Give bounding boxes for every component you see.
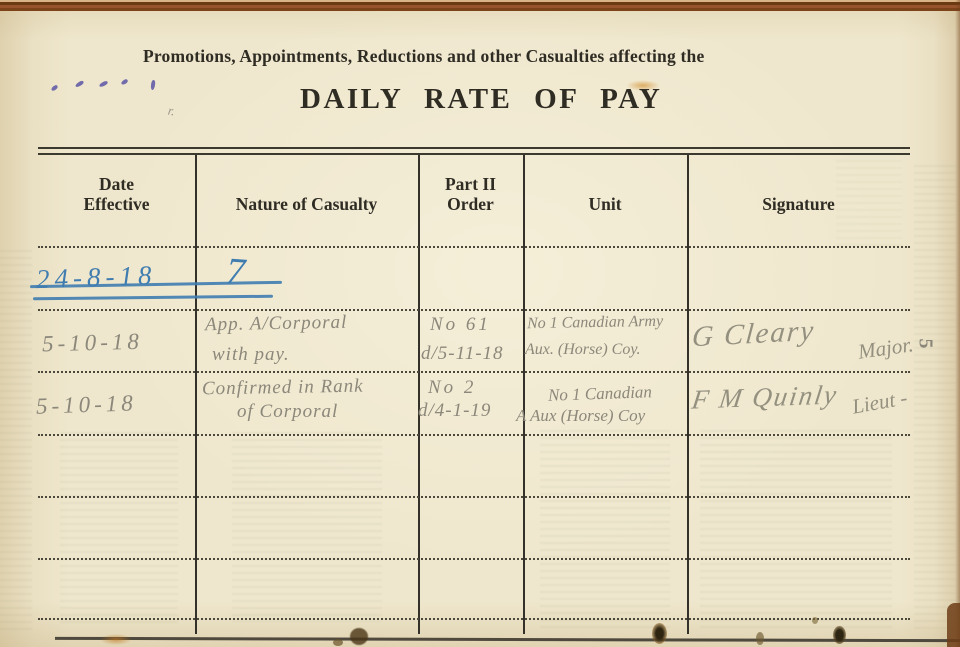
entry-nature-line1: App. A/Corporal bbox=[205, 312, 348, 336]
bleed-through-texture bbox=[700, 430, 892, 628]
table-vertical-rule bbox=[687, 155, 689, 634]
bleed-through-texture bbox=[60, 432, 178, 628]
entry-unit-line2: A Aux (Horse) Coy bbox=[516, 406, 645, 426]
column-header-date-effective: Date Effective bbox=[38, 174, 195, 214]
paybook-page: r. Promotions, Appointments, Reductions … bbox=[0, 0, 960, 647]
entry-order-line2: d/4-1-19 bbox=[418, 400, 491, 422]
column-header-unit: Unit bbox=[523, 194, 687, 214]
book-cover-bottom-right-corner bbox=[947, 603, 960, 647]
table-row-rule bbox=[38, 558, 910, 560]
bleed-through-texture bbox=[232, 432, 382, 622]
ink-speck bbox=[75, 80, 85, 88]
table-row-rule bbox=[38, 246, 910, 248]
column-header-line: Effective bbox=[38, 194, 195, 214]
table-vertical-rule bbox=[523, 155, 525, 634]
entry-order-line2: d/5-11-18 bbox=[421, 343, 504, 365]
stitch-hole bbox=[652, 623, 667, 644]
column-header-line: Date bbox=[38, 174, 195, 194]
stitch-hole bbox=[833, 626, 846, 644]
table-top-double-rule bbox=[38, 147, 910, 155]
struck-entry-date: 24-8-18 bbox=[35, 260, 156, 295]
page-title: DAILY RATE OF PAY bbox=[300, 83, 662, 116]
strike-through-line bbox=[33, 295, 273, 300]
stitch-hole bbox=[756, 632, 764, 645]
entry-signature-rank: Major. bbox=[857, 332, 915, 364]
table-row-rule bbox=[38, 618, 910, 620]
bleed-through-texture bbox=[0, 250, 32, 630]
page-subtitle: Promotions, Appointments, Reductions and… bbox=[143, 46, 704, 67]
entry-unit-line2: Aux. (Horse) Coy. bbox=[525, 341, 641, 359]
bleed-through-texture bbox=[914, 165, 956, 630]
stain-dark bbox=[333, 639, 343, 646]
entry-unit-line1: No 1 Canadian Army bbox=[527, 313, 663, 333]
entry-order-line1: No 2 bbox=[428, 377, 476, 399]
entry-signature: G Cleary bbox=[691, 315, 817, 355]
page-number: 5 bbox=[914, 339, 937, 349]
entry-signature-rank: Lieut - bbox=[850, 385, 909, 419]
table-row-rule bbox=[38, 309, 910, 311]
stitch-hole bbox=[812, 617, 818, 624]
entry-nature-line2: of Corporal bbox=[237, 401, 338, 423]
entry-signature: F M Quinly bbox=[690, 379, 840, 415]
ink-speck bbox=[99, 80, 109, 87]
column-header-line: Part II bbox=[418, 174, 523, 194]
stain-dark bbox=[350, 628, 368, 645]
column-header-part2-order: Part II Order bbox=[418, 174, 523, 214]
table-vertical-rule bbox=[418, 155, 420, 634]
pencil-squiggle: r. bbox=[167, 103, 177, 120]
entry-nature-line2: with pay. bbox=[212, 344, 290, 366]
table-row-rule bbox=[38, 434, 910, 436]
ink-speck bbox=[120, 79, 128, 86]
table-vertical-rule bbox=[195, 155, 197, 634]
ink-speck bbox=[150, 80, 156, 91]
column-header-signature: Signature bbox=[687, 194, 910, 214]
entry-nature-line1: Confirmed in Rank bbox=[202, 376, 364, 401]
stain-orange bbox=[100, 634, 132, 645]
table-row-rule bbox=[38, 371, 910, 373]
table-row-rule bbox=[38, 496, 910, 498]
entry-order-line1: No 61 bbox=[430, 314, 491, 336]
column-header-nature-of-casualty: Nature of Casualty bbox=[195, 194, 418, 214]
page-bottom-edge bbox=[55, 637, 960, 642]
ink-speck bbox=[50, 84, 58, 91]
bleed-through-texture bbox=[540, 430, 670, 628]
entry-date: 5-10-18 bbox=[42, 329, 143, 358]
entry-unit-line1: No 1 Canadian bbox=[548, 382, 653, 406]
book-cover-top-edge bbox=[0, 0, 960, 11]
entry-date: 5-10-18 bbox=[36, 390, 138, 420]
column-header-line: Order bbox=[418, 194, 523, 214]
struck-entry-order: 7 bbox=[224, 249, 246, 294]
